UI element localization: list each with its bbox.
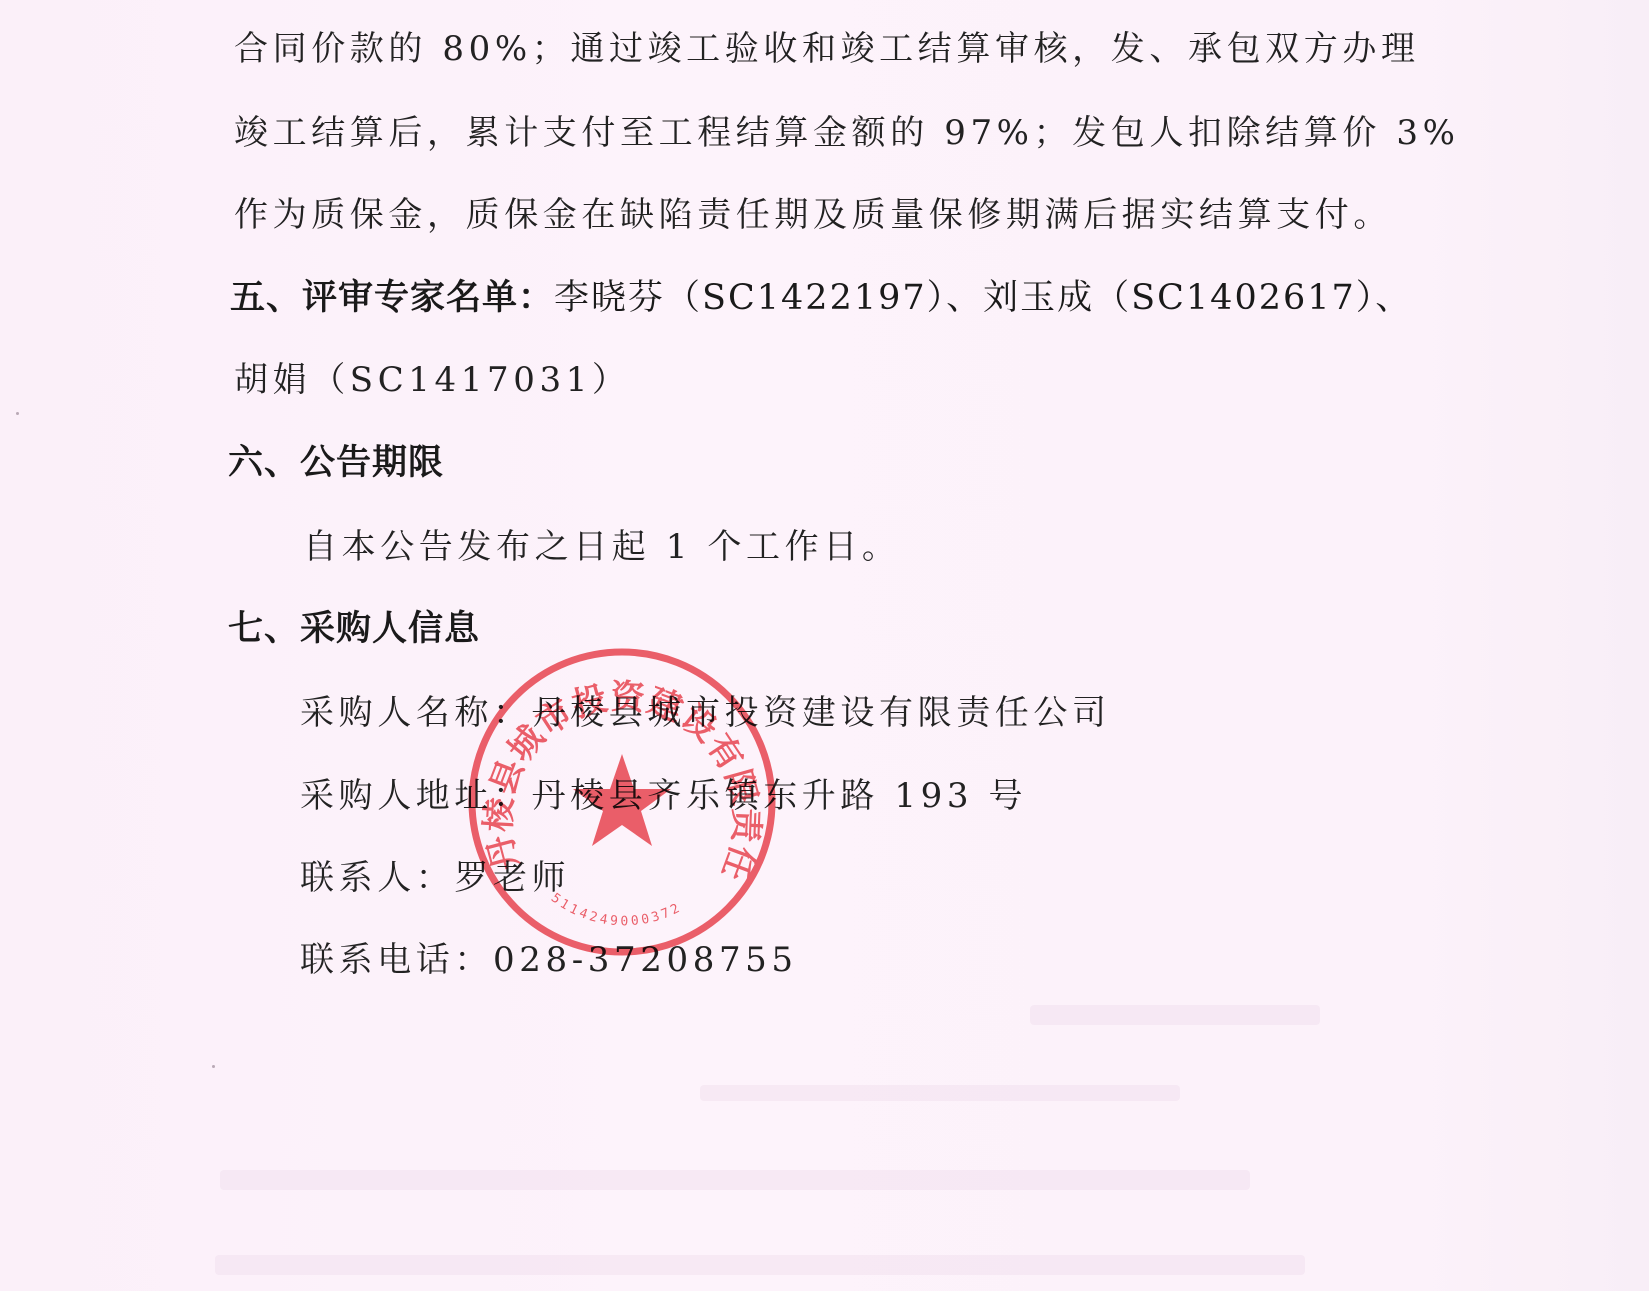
bleed-through-artifact	[1030, 1005, 1320, 1025]
purchaser-name: 采购人名称：丹棱县城市投资建设有限责任公司	[300, 693, 1111, 733]
section-5-heading: 五、评审专家名单：	[230, 278, 554, 318]
payment-text-line-3: 作为质保金，质保金在缺陷责任期及质量保修期满后据实结算支付。	[234, 195, 1392, 235]
seal-company-name: 丹棱县城市投资建设有限责任公司	[462, 642, 766, 887]
announcement-period-text: 自本公告发布之日起 1 个工作日。	[303, 527, 900, 567]
section-5-expert-list: 五、评审专家名单：李晓芬（SC1422197）、刘玉成（SC1402617）、	[230, 278, 1412, 318]
experts-line-2: 胡娟（SC1417031）	[234, 360, 631, 400]
section-6-heading: 六、公告期限	[228, 443, 444, 483]
scan-speck	[16, 412, 19, 415]
payment-text-line-1: 合同价款的 80%；通过竣工验收和竣工结算审核，发、承包双方办理	[234, 29, 1420, 69]
scanned-document-page: 合同价款的 80%；通过竣工验收和竣工结算审核，发、承包双方办理 竣工结算后，累…	[0, 0, 1649, 1291]
payment-text-line-2: 竣工结算后，累计支付至工程结算金额的 97%；发包人扣除结算价 3%	[234, 113, 1460, 153]
purchaser-address: 采购人地址：丹棱县齐乐镇东升路 193 号	[300, 776, 1027, 816]
purchaser-contact: 联系人：罗老师	[300, 858, 570, 898]
experts-line-1: 李晓芬（SC1422197）、刘玉成（SC1402617）、	[554, 278, 1412, 318]
bleed-through-artifact	[700, 1085, 1180, 1101]
scan-speck	[212, 1065, 215, 1068]
bleed-through-artifact	[215, 1255, 1305, 1275]
section-7-heading: 七、采购人信息	[228, 609, 480, 649]
bleed-through-artifact	[220, 1170, 1250, 1190]
purchaser-phone: 联系电话：028-37208755	[300, 940, 798, 980]
